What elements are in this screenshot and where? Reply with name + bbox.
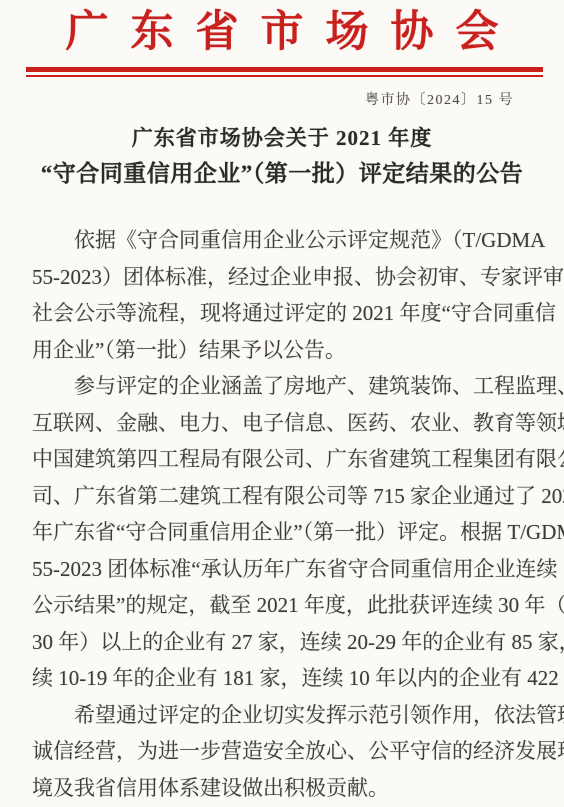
- red-divider: [26, 67, 543, 77]
- body-line: 55-2023 团体标准“承认历年广东省守合同重信用企业连续: [32, 551, 532, 588]
- body-line: 依据《守合同重信用企业公示评定规范》（T/GDMA: [32, 222, 532, 259]
- body-line: 30 年）以上的企业有 27 家，连续 20-29 年的企业有 85 家，连: [32, 624, 532, 661]
- body-line: 公示结果”的规定，截至 2021 年度，此批获评连续 30 年（含: [32, 587, 532, 624]
- body-line: 诚信经营，为进一步营造安全放心、公平守信的经济发展环: [32, 733, 532, 770]
- body-line: 用企业”（第一批）结果予以公告。: [32, 332, 532, 369]
- title-line-2: “守合同重信用企业”（第一批）评定结果的公告: [0, 155, 564, 193]
- body-line: 境及我省信用体系建设做出积极贡献。: [32, 770, 532, 807]
- body-line: 希望通过评定的企业切实发挥示范引领作用，依法管理、: [32, 697, 532, 734]
- body-line: 55-2023）团体标准，经过企业申报、协会初审、专家评审、: [32, 259, 532, 296]
- red-divider-thin-line: [26, 75, 543, 77]
- body-line: 续 10-19 年的企业有 181 家，连续 10 年以内的企业有 422 家。: [32, 660, 532, 697]
- document-page: 广东省市场协会 粤市协〔2024〕15 号 广东省市场协会关于 2021 年度 …: [0, 0, 564, 807]
- paragraph: 希望通过评定的企业切实发挥示范引领作用，依法管理、诚信经营，为进一步营造安全放心…: [32, 697, 532, 807]
- title-line-1: 广东省市场协会关于 2021 年度: [0, 122, 564, 155]
- body-line: 司、广东省第二建筑工程有限公司等 715 家企业通过了 2021: [32, 478, 532, 515]
- doc-number: 粤市协〔2024〕15 号: [0, 89, 564, 109]
- announcement-title: 广东省市场协会关于 2021 年度 “守合同重信用企业”（第一批）评定结果的公告: [0, 122, 564, 193]
- paragraph: 依据《守合同重信用企业公示评定规范》（T/GDMA55-2023）团体标准，经过…: [32, 222, 532, 368]
- org-name: 广东省市场协会: [0, 6, 564, 60]
- body-line: 年广东省“守合同重信用企业”（第一批）评定。根据 T/GDMA: [32, 514, 532, 551]
- letterhead: 广东省市场协会 粤市协〔2024〕15 号: [0, 6, 564, 109]
- body-line: 互联网、金融、电力、电子信息、医药、农业、教育等领域。: [32, 405, 532, 442]
- body-line: 参与评定的企业涵盖了房地产、建筑装饰、工程监理、: [32, 368, 532, 405]
- paragraph: 参与评定的企业涵盖了房地产、建筑装饰、工程监理、互联网、金融、电力、电子信息、医…: [32, 368, 532, 697]
- body-line: 中国建筑第四工程局有限公司、广东省建筑工程集团有限公: [32, 441, 532, 478]
- body-line: 社会公示等流程，现将通过评定的 2021 年度“守合同重信: [32, 295, 532, 332]
- announcement-body: 依据《守合同重信用企业公示评定规范》（T/GDMA55-2023）团体标准，经过…: [0, 222, 564, 806]
